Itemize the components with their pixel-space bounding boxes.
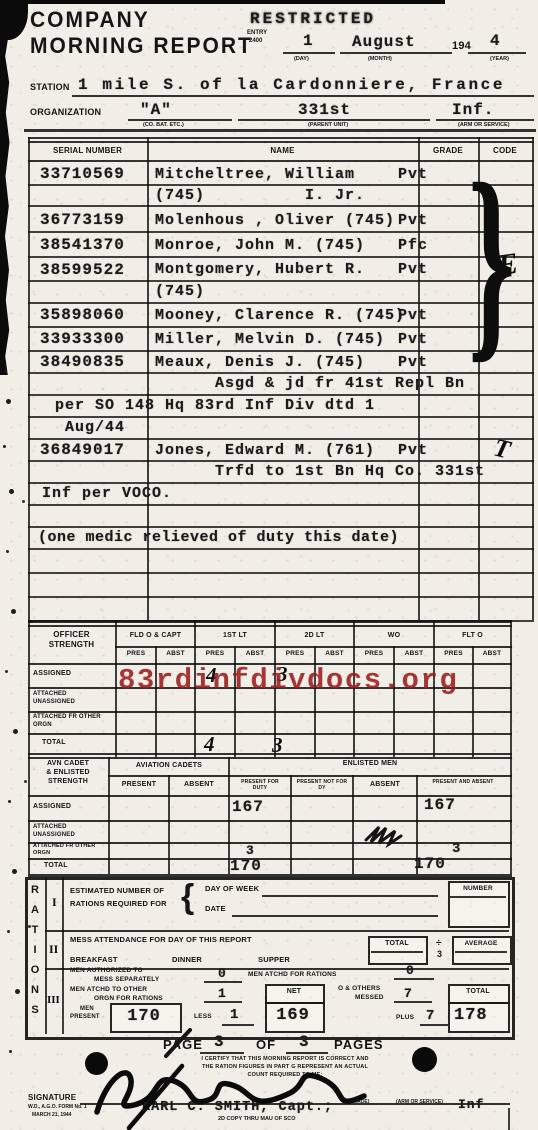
morning-report-scan: COMPANY MORNING REPORT RESTRICTED ENTRY …: [0, 0, 538, 1130]
handwritten-ink-overlay: [0, 0, 538, 1130]
